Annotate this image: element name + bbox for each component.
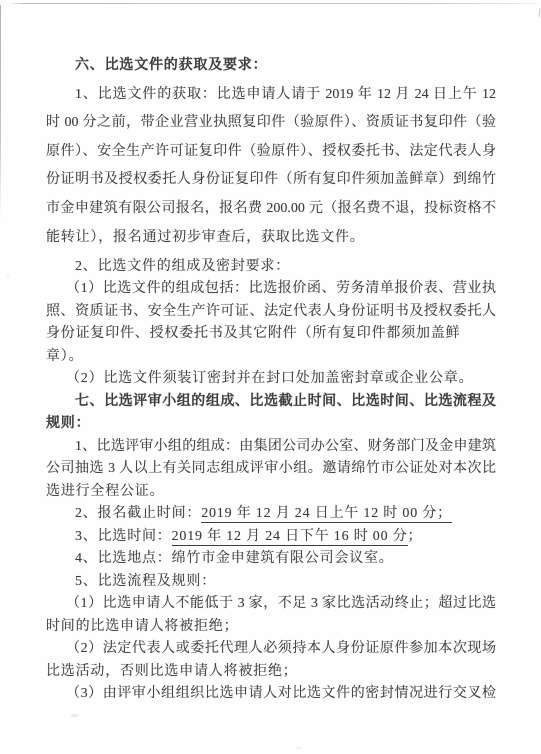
underlined-value: 2019 年 12 月 24 日上午 12 时 00 分； xyxy=(201,506,452,523)
text-line: 3、比选时间：2019 年 12 月 24 日下午 16 时 00 分； xyxy=(46,526,496,549)
line-segment: ； xyxy=(408,529,423,544)
text-line: 六、比选文件的获取及要求： xyxy=(46,52,496,81)
text-line: 时 00 分之前，带企业营业执照复印件（验原件）、资质证书复印件（验 xyxy=(46,109,496,138)
text-line: 照、资质证书、安全生产许可证、法定代表人身份证明书及授权委托人 xyxy=(46,301,496,324)
text-line: 4、比选地点：绵竹市金申建筑有限公司会议室。 xyxy=(46,548,496,571)
text-line: 原件）、安全生产许可证复印件（验原件）、授权委托书、法定代表人身 xyxy=(46,138,496,167)
text-line: 身份证复印件、授权委托书及其它附件（所有复印件都须加盖鲜章）。 xyxy=(46,323,496,368)
text-line: 1、比选评审小组的组成：由集团公司办公室、财务部门及金申建筑 xyxy=(46,436,496,459)
scan-corner-tick xyxy=(538,8,540,17)
text-line: 份证明书及授权委托人身份证复印件（所有复印件须加盖鲜章）到绵竹 xyxy=(46,166,496,195)
text-line: 选进行全程公证。 xyxy=(46,481,496,504)
text-line: 5、比选流程及规则： xyxy=(46,571,496,594)
text-line: （1）比选申请人不能低于 3 家，不足 3 家比选活动终止；超过比选 xyxy=(46,593,496,616)
line-segment: 2、报名截止时间： xyxy=(75,506,201,521)
text-line: 能转让），报名通过初步审查后，获取比选文件。 xyxy=(46,224,496,253)
text-line: 1、比选文件的获取：比选申请人请于 2019 年 12 月 24 日上午 12 xyxy=(46,81,496,110)
text-line: （1）比选文件的组成包括：比选报价函、劳务清单报价表、营业执 xyxy=(46,278,496,301)
text-line: 规则： xyxy=(46,413,496,436)
scanned-document-page: 六、比选文件的获取及要求：1、比选文件的获取：比选申请人请于 2019 年 12… xyxy=(0,0,541,754)
text-line: 市金申建筑有限公司报名，报名费 200.00 元（报名费不退，投标资格不 xyxy=(46,195,496,224)
text-line: （2）法定代表人或委托代理人必须持本人身份证原件参加本次现场 xyxy=(46,638,496,661)
section-six-block: 六、比选文件的获取及要求：1、比选文件的获取：比选申请人请于 2019 年 12… xyxy=(46,52,496,252)
scan-smudge xyxy=(70,714,79,717)
text-line: 2、比选文件的组成及密封要求： xyxy=(46,256,496,279)
text-line: （3）由评审小组组织比选申请人对比选文件的密封情况进行交叉检 xyxy=(46,683,496,706)
scan-top-edge-line xyxy=(8,3,538,4)
text-line: 七、比选评审小组的组成、比选截止时间、比选时间、比选流程及 xyxy=(46,391,496,414)
text-line: 2、报名截止时间：2019 年 12 月 24 日上午 12 时 00 分； xyxy=(46,503,496,526)
scan-smudge xyxy=(7,276,9,278)
text-line: 比选活动，否则比选申请人将被拒绝； xyxy=(46,661,496,684)
scan-left-edge-line xyxy=(0,5,1,220)
underlined-value: 2019 年 12 月 24 日下午 16 时 00 分 xyxy=(172,529,408,546)
text-line: 公司抽选 3 人以上有关同志组成评审小组。邀请绵竹市公证处对本次比 xyxy=(46,458,496,481)
scan-smudge xyxy=(296,747,302,749)
text-line: 时间的比选申请人将被拒绝； xyxy=(46,616,496,639)
line-segment: 3、比选时间： xyxy=(75,529,172,544)
text-line: （2）比选文件须装订密封并在封口处加盖密封章或企业公章。 xyxy=(46,368,496,391)
document-body: 六、比选文件的获取及要求：1、比选文件的获取：比选申请人请于 2019 年 12… xyxy=(46,52,496,706)
section-seven-block: 2、比选文件的组成及密封要求：（1）比选文件的组成包括：比选报价函、劳务清单报价… xyxy=(46,256,496,706)
